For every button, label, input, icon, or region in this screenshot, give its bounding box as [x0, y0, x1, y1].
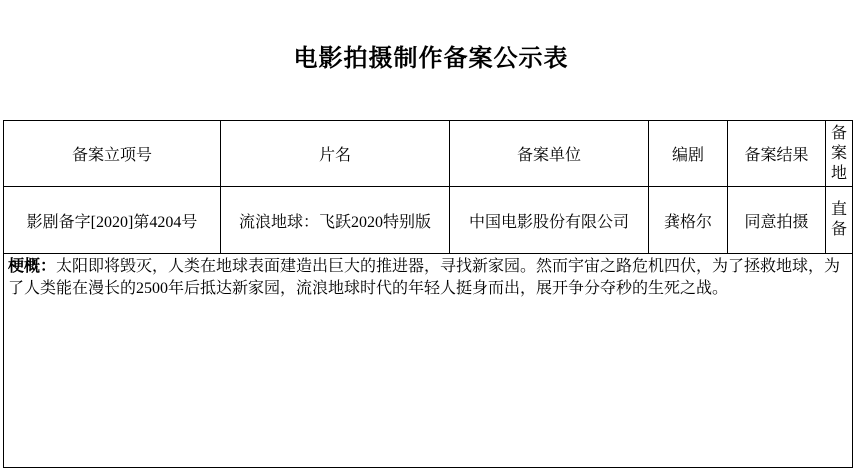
table-row: 影剧备字[2020]第4204号 流浪地球：飞跃2020特别版 中国电影股份有限… [4, 187, 853, 254]
header-film-title: 片名 [221, 121, 450, 187]
header-filing-unit: 备案单位 [450, 121, 649, 187]
synopsis-text: 太阳即将毁灭，人类在地球表面建造出巨大的推进器，寻找新家园。然而宇宙之路危机四伏… [8, 258, 840, 297]
cell-filing-place: 直备 [826, 187, 853, 254]
synopsis-cell: 梗概：太阳即将毁灭，人类在地球表面建造出巨大的推进器，寻找新家园。然而宇宙之路危… [4, 254, 853, 468]
header-filing-number: 备案立项号 [4, 121, 221, 187]
filing-notice-page: 电影拍摄制作备案公示表 备案立项号 片名 备案单位 编剧 备案结果 备案地 影剧… [0, 0, 862, 472]
header-filing-place: 备案地 [826, 121, 853, 187]
filing-table: 备案立项号 片名 备案单位 编剧 备案结果 备案地 影剧备字[2020]第420… [3, 120, 853, 468]
page-title: 电影拍摄制作备案公示表 [0, 38, 862, 73]
synopsis-row: 梗概：太阳即将毁灭，人类在地球表面建造出巨大的推进器，寻找新家园。然而宇宙之路危… [4, 254, 853, 468]
cell-screenwriter: 龚格尔 [649, 187, 728, 254]
cell-filing-unit: 中国电影股份有限公司 [450, 187, 649, 254]
header-filing-result: 备案结果 [728, 121, 826, 187]
cell-filing-number: 影剧备字[2020]第4204号 [4, 187, 221, 254]
header-screenwriter: 编剧 [649, 121, 728, 187]
table-header-row: 备案立项号 片名 备案单位 编剧 备案结果 备案地 [4, 121, 853, 187]
synopsis-label: 梗概： [8, 258, 56, 275]
cell-film-title: 流浪地球：飞跃2020特别版 [221, 187, 450, 254]
cell-filing-result: 同意拍摄 [728, 187, 826, 254]
